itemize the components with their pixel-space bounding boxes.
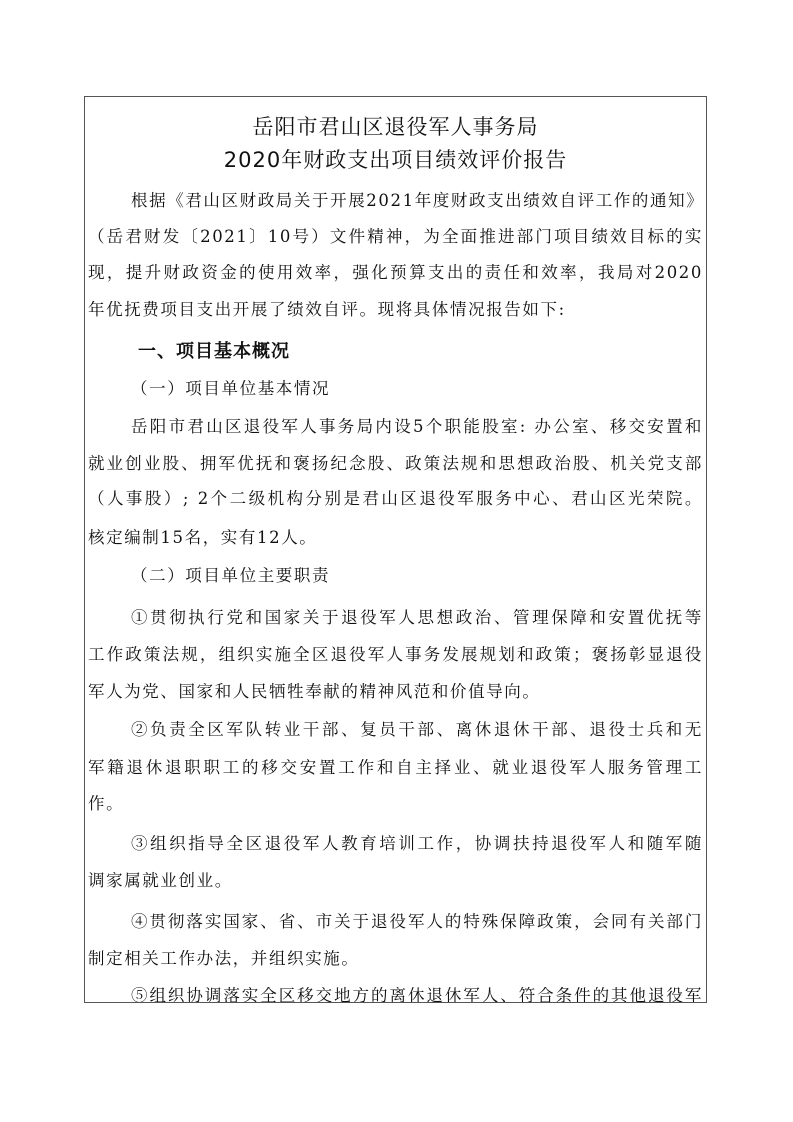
duty-line: 工作政策法规，组织实施全区退役军人事务发展规划和政策；褒扬彰显退役 [88,644,703,666]
document-page: 岳阳市君山区退役军人事务局 2020年财政支出项目绩效评价报告 根据《君山区财政… [84,96,707,1003]
document-title-line2: 2020年财政支出项目绩效评价报告 [85,149,706,171]
intro-line: 现，提升财政资金的使用效率，强化预算支出的责任和效率，我局对2020 [88,262,703,284]
subsection-heading: （二）项目单位主要职责 [88,565,703,587]
intro-line: 根据《君山区财政局关于开展2021年度财政支出绩效自评工作的通知》 [88,190,703,212]
intro-line: 年优抚费项目支出开展了绩效自评。现将具体情况报告如下: [88,299,703,321]
intro-line: （岳君财发〔2021〕10号）文件精神，为全面推进部门项目绩效目标的实 [88,226,703,248]
duty-line: 制定相关工作办法，并组织实施。 [88,948,703,970]
duty-line: ①贯彻执行党和国家关于退役军人思想政治、管理保障和安置优抚等 [88,607,703,629]
duty-line: ③组织指导全区退役军人教育培训工作，协调扶持退役军人和随军随 [88,833,703,855]
duty-line: 作。 [88,793,703,815]
document-title-line1: 岳阳市君山区退役军人事务局 [85,116,706,138]
duty-line: 军籍退休退职职工的移交安置工作和自主择业、就业退役军人服务管理工 [88,757,703,779]
duty-line: 调家属就业创业。 [88,870,703,892]
body-line: 岳阳市君山区退役军人事务局内设5个职能股室: 办公室、移交安置和 [88,416,703,438]
section-heading: 一、项目基本概况 [88,341,703,363]
duty-line: ④贯彻落实国家、省、市关于退役军人的特殊保障政策，会同有关部门 [88,911,703,933]
duty-line: ⑤组织协调落实全区移交地方的离休退休军人、符合条件的其他退役军 [88,985,703,1003]
subsection-heading: （一）项目单位基本情况 [88,378,703,400]
duty-line: ②负责全区军队转业干部、复员干部、离休退休干部、退役士兵和无 [88,719,703,741]
body-line: 核定编制15名，实有12人。 [88,527,703,549]
body-line: （人事股）; 2个二级机构分别是君山区退役军服务中心、君山区光荣院。 [88,488,703,510]
duty-line: 军人为党、国家和人民牺牲奉献的精神风范和价值导向。 [88,681,703,703]
body-line: 就业创业股、拥军优抚和褒扬纪念股、政策法规和思想政治股、机关党支部 [88,453,703,475]
